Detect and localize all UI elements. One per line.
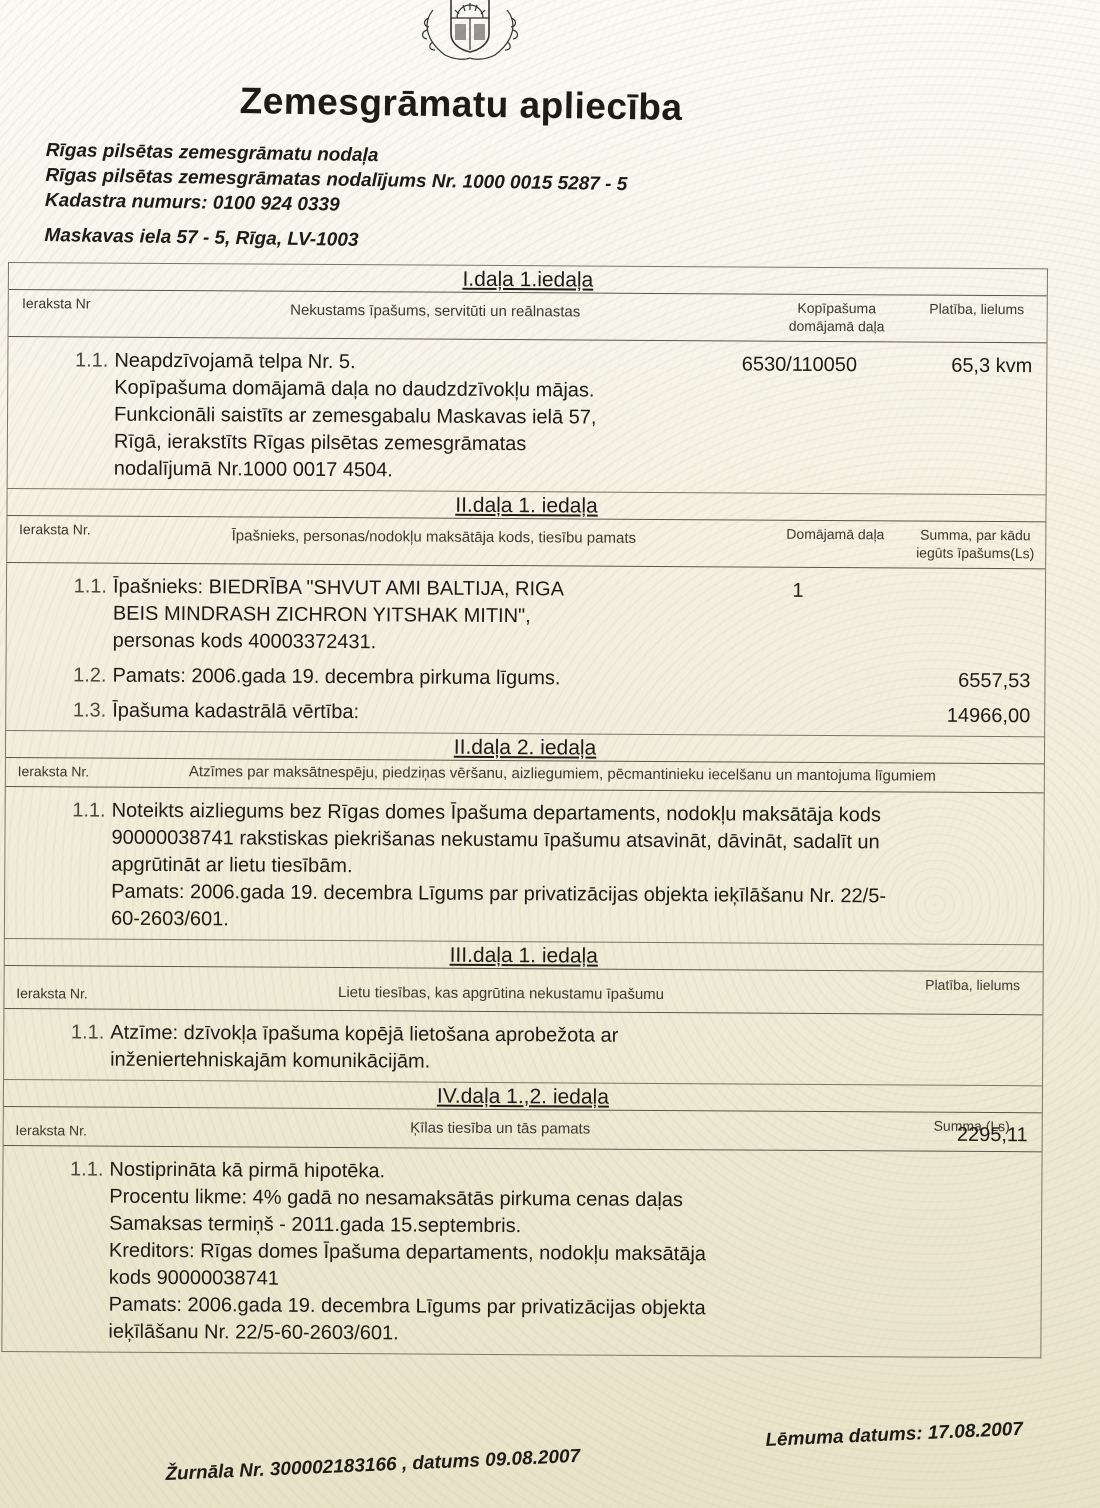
entry-line: Funkcionāli saistīts ar zemesgabalu Mask… <box>114 402 714 433</box>
entry-line: personas kods 40003372431. <box>113 628 713 659</box>
column-headers: Ieraksta Nr. Īpašnieks, personas/nodokļu… <box>7 516 1045 569</box>
entry-line: Īpašuma kadastrālā vērtība: <box>112 698 712 729</box>
section-ii-1: II.daļa 1. iedaļa Ieraksta Nr. Īpašnieks… <box>5 489 1046 737</box>
section-i-1: I.daļa 1.iedaļa Ieraksta Nr Nekustams īp… <box>7 262 1048 495</box>
col-share: Kopīpašuma domājamā daļa <box>767 299 907 336</box>
col-area: Platība, lielums <box>902 975 1042 1008</box>
share-value <box>712 701 882 729</box>
entry-line: Pamats: 2006.gada 19. decembra pirkuma l… <box>112 663 712 694</box>
document-header: Rīgas pilsētas zemesgrāmatu nodaļa Rīgas… <box>44 138 628 257</box>
entry-line: Pamats: 2006.gada 19. decembra Līgums pa… <box>111 879 1036 912</box>
entry-line: inženiertehniskajām komunikācijām. <box>110 1047 930 1079</box>
entry-line: 60-2603/601. <box>111 906 1036 939</box>
entry-number: 1.1. <box>2 1156 109 1346</box>
table-row: 1.1. Nostiprināta kā pirmā hipotēka. Pro… <box>2 1152 1041 1355</box>
col-description: Ķīlas tiesība un tās pamats <box>99 1112 902 1145</box>
entry-number: 1.2. <box>6 662 112 690</box>
table-row: 1.1. Noteikts aizliegums bez Rīgas domes… <box>5 793 1044 942</box>
entry-line: Kopīpašuma domājamā daļa no daudzdzīvokļ… <box>114 375 714 406</box>
table-row: 1.3. Īpašuma kadastrālā vērtība: 14966,0… <box>6 693 1044 734</box>
entry-text: Atzīme: dzīvokļa īpašuma kopējā lietošan… <box>110 1020 930 1079</box>
entry-number: 1.1. <box>7 573 113 655</box>
entry-line: Rīgā, ierakstīts Rīgas pilsētas zemesgrā… <box>114 429 714 460</box>
area-value: 65,3 kvm <box>884 352 1047 488</box>
cadastral-value: 14966,00 <box>882 702 1044 730</box>
amount-value <box>883 578 1045 660</box>
entry-number: 1.1. <box>4 1019 110 1074</box>
column-headers: Ieraksta Nr Nekustams īpašums, servitūti… <box>9 290 1047 343</box>
entry-line: Īpašnieks: BIEDRĪBA "SHVUT AMI BALTIJA, … <box>113 574 713 605</box>
entry-line: BEIS MINDRASH ZICHRON YITSHAK MITIN", <box>113 601 713 632</box>
section-ii-2: II.daļa 2. iedaļa Ieraksta Nr. Atzīmes p… <box>4 731 1045 945</box>
col-entry-nr: Ieraksta Nr. <box>4 970 99 1003</box>
entry-text: Neapdzīvojamā telpa Nr. 5. Kopīpašuma do… <box>114 348 715 487</box>
entry-number: 1.3. <box>6 697 112 725</box>
entry-line: nodalījumā Nr.1000 0017 4504. <box>114 456 714 487</box>
table-row: 1.1. Atzīme: dzīvokļa īpašuma kopējā lie… <box>4 1015 1042 1083</box>
mortgage-amount: 2295,11 <box>928 1122 1041 1352</box>
col-amount: Summa, par kādu iegūts īpašums(Ls) <box>905 525 1045 562</box>
entry-line: Neapdzīvojamā telpa Nr. 5. <box>114 348 714 379</box>
col-entry-nr: Ieraksta Nr <box>9 294 104 331</box>
register-table: I.daļa 1.iedaļa Ieraksta Nr Nekustams īp… <box>1 262 1048 1358</box>
entry-number: 1.1. <box>5 797 112 933</box>
share-value <box>712 666 882 694</box>
col-description: Īpašnieks, personas/nodokļu maksātāja ko… <box>102 521 765 561</box>
share-value: 6530/110050 <box>714 351 885 487</box>
entry-number: 1.1. <box>8 347 115 483</box>
entry-line: ieķīlāšanu Nr. 22/5-60-2603/601. <box>108 1319 928 1351</box>
col-area: Platība, lielums <box>907 299 1047 336</box>
amount-value: 6557,53 <box>882 667 1044 695</box>
col-entry-nr: Ieraksta Nr. <box>7 520 102 557</box>
entry-text: Nostiprināta kā pirmā hipotēka. Procentu… <box>108 1157 929 1351</box>
column-headers: Ieraksta Nr. Ķīlas tiesība un tās pamats… <box>4 1107 1042 1152</box>
table-row: 1.1. Īpašnieks: BIEDRĪBA "SHVUT AMI BALT… <box>7 569 1046 664</box>
coat-of-arms-icon <box>415 0 525 62</box>
entry-text: Īpašnieks: BIEDRĪBA "SHVUT AMI BALTIJA, … <box>113 574 713 659</box>
document-title: Zemesgrāmatu apliecība <box>239 80 682 129</box>
share-value: 1 <box>713 577 883 659</box>
entry-text: Noteikts aizliegums bez Rīgas domes Īpaš… <box>111 798 1037 939</box>
section-iii-1: III.daļa 1. iedaļa Ieraksta Nr. Lietu ti… <box>3 939 1044 1086</box>
col-description: Atzīmes par maksātnespēju, piedziņas vēr… <box>101 763 1044 787</box>
table-row: 1.1. Neapdzīvojamā telpa Nr. 5. Kopīpašu… <box>8 343 1047 492</box>
entry-text: Īpašuma kadastrālā vērtība: <box>112 698 712 729</box>
col-entry-nr: Ieraksta Nr. <box>4 1111 99 1140</box>
column-headers: Ieraksta Nr. Lietu tiesības, kas apgrūti… <box>4 966 1042 1015</box>
entry-text: Pamats: 2006.gada 19. decembra pirkuma l… <box>112 663 712 694</box>
col-share: Domājamā daļa <box>765 525 905 562</box>
col-description: Nekustams īpašums, servitūti un reālnast… <box>104 295 767 335</box>
col-description: Lietu tiesības, kas apgrūtina nekustamu … <box>99 971 902 1008</box>
col-entry-nr: Ieraksta Nr. <box>6 762 101 781</box>
section-iv-1-2: IV.daļa 1.,2. iedaļa Ieraksta Nr. Ķīlas … <box>1 1080 1043 1358</box>
